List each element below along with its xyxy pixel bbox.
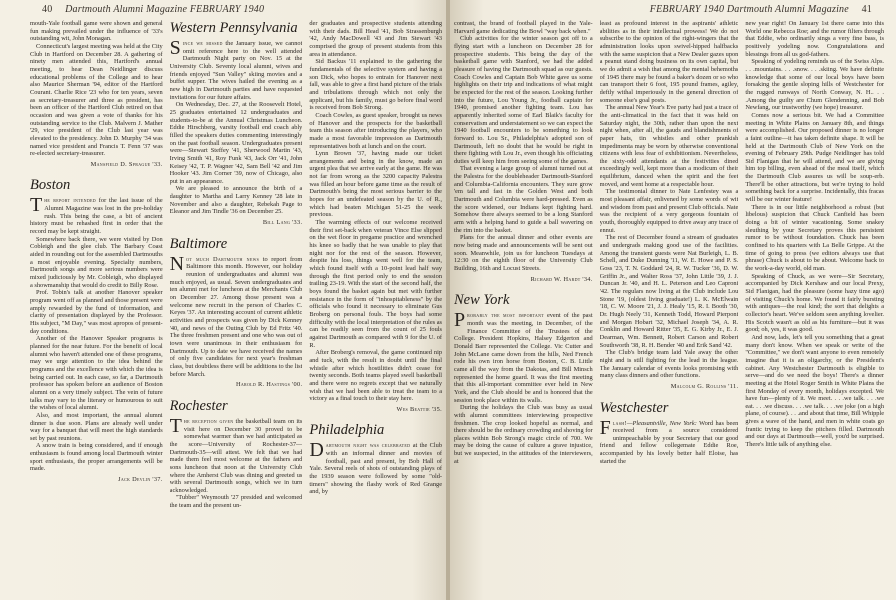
section-title: Boston: [30, 177, 163, 194]
paragraph: Also, and most important, the annual alu…: [30, 412, 163, 443]
lead-caps: ot much Dartmouth news: [186, 256, 259, 263]
paragraph: Speaking of yodeling reminds us of the S…: [745, 58, 884, 112]
paragraph: Lynn Brown '37, having made our ticket a…: [309, 150, 442, 219]
lead-paragraph: The report intended for the last issue o…: [30, 197, 163, 235]
article-philadelphia: Philadelphia Dartmouth night was celebra…: [309, 422, 442, 496]
paragraph: contrast, the brand of football played i…: [454, 20, 593, 35]
page-41: FEBRUARY 1940 Dartmouth Alumni Magazine …: [448, 0, 896, 600]
paragraph: That evening a large group of alumni tur…: [454, 165, 593, 234]
paragraph: We are pleased to announce the birth of …: [170, 185, 303, 216]
page-number: 40: [42, 4, 52, 15]
paragraph: The Club's bridge team laid Yale away th…: [600, 349, 739, 380]
lead-caps: artmouth night was celebrated: [326, 442, 411, 449]
paragraph: Speaking of Chuck, as we were—Sir Secret…: [745, 273, 884, 334]
paragraph: Club activities for the winter season go…: [454, 35, 593, 165]
lead-text: to report from Baltimore this month. How…: [170, 256, 303, 378]
running-head-right: FEBRUARY 1940 Dartmouth Alumni Magazine …: [650, 4, 882, 15]
lead-italic: —Pleasantville, New York:: [627, 420, 697, 427]
article-rochester: Rochester The reception given the basket…: [170, 398, 303, 510]
lead-paragraph: Not much Dartmouth news to report from B…: [170, 256, 303, 379]
article-rochester-continued: der graduates and prospective students a…: [309, 20, 442, 413]
article-western-pennsylvania: Western Pennsylvania Since we missed the…: [170, 20, 303, 227]
drop-cap: D: [309, 443, 323, 458]
lead-text: at the Club with an informal dinner and …: [309, 442, 442, 495]
article-new-york: New York Probably the most important eve…: [454, 292, 593, 465]
section-title: Philadelphia: [309, 422, 442, 439]
byline: Jack Devlin '37.: [30, 476, 163, 484]
article-westchester: Westchester Flash!—Pleasantville, New Yo…: [600, 400, 739, 466]
lead-text: the basketball team on its visit here on…: [170, 418, 303, 494]
magazine-spread: 40 Dartmouth Alumni Magazine FEBRUARY 19…: [0, 0, 896, 600]
article-hartford-continued: mouth-Yale football game were shown and …: [30, 20, 163, 168]
byline: Richard W. Hardt '34.: [454, 276, 593, 284]
paragraph: There is in our little neighborhood a ro…: [745, 204, 884, 273]
lead-text: event of the past month was the meeting,…: [454, 312, 593, 403]
paragraph: On Wednesday, Dec. 27, at the Roosevelt …: [170, 101, 303, 185]
drop-cap: F: [600, 421, 611, 436]
running-head-title: FEBRUARY 1940 Dartmouth Alumni Magazine: [650, 4, 849, 15]
lead-paragraph: The reception given the basketball team …: [170, 418, 303, 495]
paragraph: mouth-Yale football game were shown and …: [30, 20, 163, 43]
lead-caps: robably the most important: [467, 312, 544, 319]
paragraph: Plans for the annual dinner and other ev…: [454, 234, 593, 272]
article-baltimore: Baltimore Not much Dartmouth news to rep…: [170, 236, 303, 389]
column-3: der graduates and prospective students a…: [309, 20, 442, 600]
section-title: Westchester: [600, 400, 739, 417]
section-title: Western Pennsylvania: [170, 20, 303, 37]
lead-caps: he reception given: [184, 418, 234, 425]
lead-text: the January issue, we cannot omit refere…: [170, 40, 303, 101]
paragraph: der graduates and prospective students a…: [309, 20, 442, 58]
section-title: Baltimore: [170, 236, 303, 253]
paragraph: Connecticut's largest meeting was held a…: [30, 43, 163, 158]
paragraph: The annual New Year's Eve party had just…: [600, 104, 739, 188]
paragraph: least as profound interest in the aspira…: [600, 20, 739, 104]
columns-left-page: mouth-Yale football game were shown and …: [30, 20, 442, 600]
page-40: 40 Dartmouth Alumni Magazine FEBRUARY 19…: [0, 0, 448, 600]
lead-paragraph: Dartmouth night was celebrated at the Cl…: [309, 442, 442, 496]
paragraph: Coach Cowles, as guest speaker, brought …: [309, 112, 442, 150]
byline: Bill Lang '33.: [170, 219, 303, 227]
running-head-left: 40 Dartmouth Alumni Magazine FEBRUARY 19…: [32, 4, 264, 15]
paragraph: During the holidays the Club was busy as…: [454, 404, 593, 465]
paragraph: After Broberg's removal, the game contin…: [309, 349, 442, 403]
lead-paragraph: Since we missed the January issue, we ca…: [170, 40, 303, 101]
paragraph: Somewhere back there, we were visited by…: [30, 236, 163, 290]
byline: Malcolm G. Rollins '11.: [600, 383, 739, 391]
byline: Harold R. Hastings '00.: [170, 381, 303, 389]
article-westchester-continued: new year right! On January 1st there cam…: [745, 20, 884, 449]
paragraph: Prof. Tobin's talk at another Hanover sp…: [30, 289, 163, 335]
running-head-title: Dartmouth Alumni Magazine FEBRUARY 1940: [65, 4, 264, 15]
paragraph: The warming effects of our welcome recei…: [309, 219, 442, 349]
column-4: contrast, the brand of football played i…: [454, 20, 593, 600]
paragraph: "Tubber" Weymouth '27 presided and welco…: [170, 494, 303, 509]
article-boston: Boston The report intended for the last …: [30, 177, 163, 483]
columns-right-page: contrast, the brand of football played i…: [454, 20, 884, 600]
article-philadelphia-continued: contrast, the brand of football played i…: [454, 20, 593, 283]
column-1: mouth-Yale football game were shown and …: [30, 20, 163, 600]
paragraph: new year right! On January 1st there cam…: [745, 20, 884, 58]
paragraph: Sid Backus '11 explained to the gatherin…: [309, 58, 442, 112]
page-number: 41: [862, 4, 872, 15]
drop-cap: T: [170, 419, 182, 434]
section-title: New York: [454, 292, 593, 309]
paragraph: A snow train is being considered, and if…: [30, 442, 163, 473]
column-6: new year right! On January 1st there cam…: [745, 20, 884, 600]
paragraph: The testimonial dinner to Nate Lenfestey…: [600, 188, 739, 234]
drop-cap: N: [170, 257, 184, 272]
paragraph: The rest of December found a stream of g…: [600, 234, 739, 349]
section-title: Rochester: [170, 398, 303, 415]
drop-cap: S: [170, 41, 181, 56]
page-gutter: [446, 0, 450, 600]
paragraph: Comes now a serious bit. We had a Commit…: [745, 112, 884, 204]
byline: Wes Beattie '35.: [309, 406, 442, 414]
lead-paragraph: Probably the most important event of the…: [454, 312, 593, 404]
lead-text: Word has been received from a source con…: [600, 420, 739, 465]
paragraph: Another of the Hanover Speaker programs …: [30, 335, 163, 412]
lead-caps: ince we missed: [183, 40, 223, 47]
article-new-york-continued: least as profound interest in the aspira…: [600, 20, 739, 391]
column-5: least as profound interest in the aspira…: [600, 20, 739, 600]
lead-caps: he report intended: [44, 197, 96, 204]
column-2: Western Pennsylvania Since we missed the…: [170, 20, 303, 600]
lead-caps: lash!: [613, 420, 627, 427]
lead-paragraph: Flash!—Pleasantville, New York: Word has…: [600, 420, 739, 466]
paragraph: And now, lads, let's tell you something …: [745, 334, 884, 449]
drop-cap: T: [30, 198, 42, 213]
drop-cap: P: [454, 313, 465, 328]
byline: Mansfield D. Sprague '33.: [30, 161, 163, 169]
